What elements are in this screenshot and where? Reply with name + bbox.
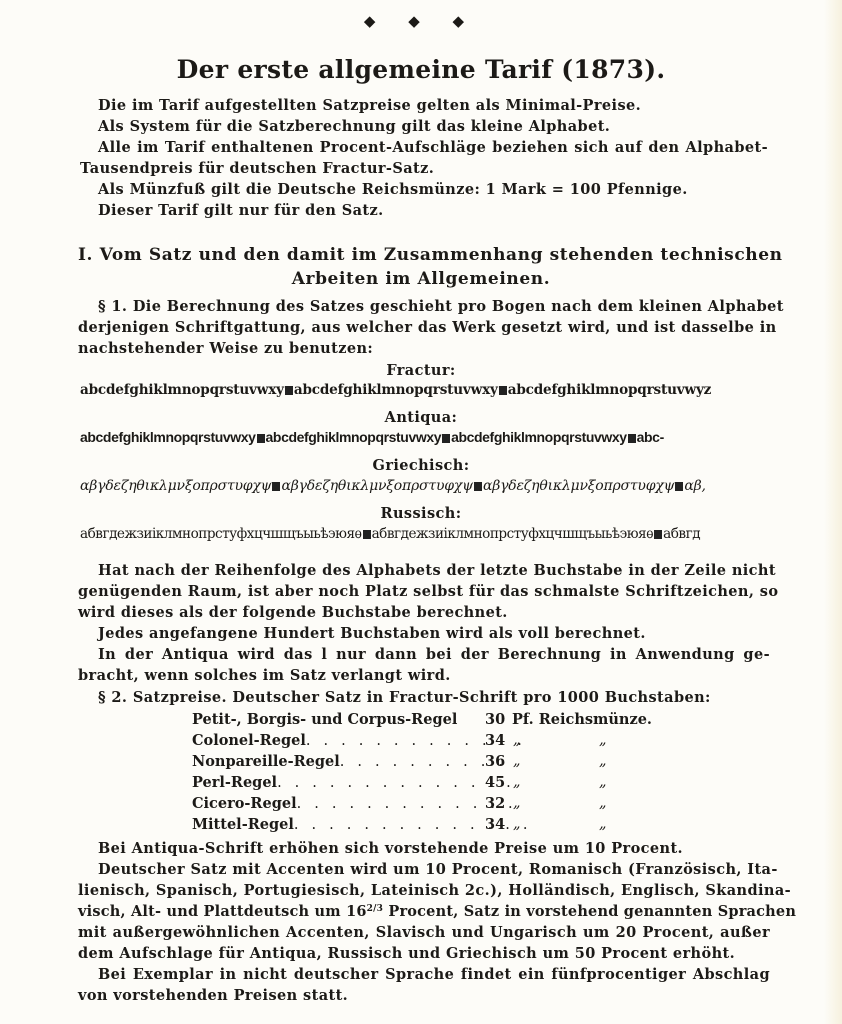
ditto-mark: „ — [599, 774, 607, 790]
alphabet-label-griechisch: Griechisch: — [0, 457, 842, 474]
block-marker — [499, 386, 507, 395]
row-label: Mittel-Regel — [192, 816, 294, 833]
alphabet-segment: abcdefghiklmnopqrstuvwxy — [266, 429, 442, 445]
intro-line: Als Münzfuß gilt die Deutsche Reichsmünz… — [98, 181, 688, 198]
row-label: Colonel-Regel — [192, 732, 306, 749]
row-price: 34 — [485, 816, 505, 833]
block-marker — [474, 482, 482, 491]
alphabet-sample-russisch: абвгдежзиiклмнопрстуфхцчшщъыьѣэюяѳабвгде… — [80, 526, 700, 542]
row-price: 32 — [485, 795, 505, 812]
ditto-mark: „ — [513, 732, 521, 748]
alphabet-segment: αβγδεζηθικλμνξοπρστυφχψ — [281, 478, 472, 494]
alphabet-segment: абвгд — [663, 526, 700, 542]
paragraph-line: mit außergewöhnlichen Accenten, Slavisch… — [78, 924, 770, 941]
table-row: Perl-Regel . . . . . . . . . . . . . . 4… — [192, 774, 515, 794]
ditto-mark: „ — [513, 774, 521, 790]
alphabet-segment: abc- — [637, 429, 664, 445]
alphabet-label-russisch: Russisch: — [0, 505, 842, 522]
ditto-mark: „ — [513, 816, 521, 832]
block-marker — [272, 482, 280, 491]
alphabet-label-antiqua: Antiqua: — [0, 409, 842, 426]
alphabet-segment: abcdefghiklmnopqrstuvwxy — [80, 382, 284, 398]
paragraph-line: Deutscher Satz mit Accenten wird um 10 P… — [98, 861, 770, 878]
table-row: Mittel-Regel. . . . . . . . . . . . . . … — [192, 816, 532, 836]
intro-line: Die im Tarif aufgestellten Satzpreise ge… — [98, 97, 641, 114]
leader-dots: . . . . . . . . . . — [340, 754, 507, 770]
paragraph-line: bracht, wenn solches im Satz verlangt wi… — [78, 667, 451, 684]
fraction: 2/3 — [367, 904, 383, 914]
paragraph-line: § 1. Die Berechnung des Satzes geschieht… — [98, 298, 770, 315]
paragraph-line: nachstehender Weise zu benutzen: — [78, 340, 373, 357]
table-row: Colonel-Regel . . . . . . . . . . . . . … — [192, 732, 526, 752]
paragraph-line: Jedes angefangene Hundert Buchstaben wir… — [98, 625, 646, 642]
paragraph-line: von vorstehenden Preisen statt. — [78, 987, 348, 1004]
block-marker — [654, 530, 662, 539]
page-title: Der erste allgemeine Tarif (1873). — [0, 55, 842, 84]
section-heading: Arbeiten im Allgemeinen. — [0, 269, 842, 289]
alphabet-segment: abcdefghiklmnopqrstuvwxy — [80, 429, 256, 445]
table-row: Nonpareille-Regel. . . . . . . . . . 36 … — [192, 753, 507, 773]
section-2-heading: § 2. Satzpreise. Deutscher Satz in Fract… — [98, 689, 711, 706]
alphabet-segment: абвгдежзиiклмнопрстуфхцчшщъыьѣэюяѳ — [372, 526, 654, 542]
alphabet-sample-fractur: abcdefghiklmnopqrstuvwxyabcdefghiklmnopq… — [80, 382, 770, 398]
row-label: Perl-Regel — [192, 774, 277, 791]
paragraph-line: Bei Antiqua-Schrift erhöhen sich vorsteh… — [98, 840, 683, 857]
block-marker — [628, 434, 636, 443]
intro-line: Als System für die Satzberechnung gilt d… — [98, 118, 610, 135]
paragraph-line: Bei Exemplar in nicht deutscher Sprache … — [98, 966, 770, 983]
row-price: 30 — [485, 711, 505, 728]
paragraph-line: dem Aufschlage für Antiqua, Russisch und… — [78, 945, 735, 962]
alphabet-segment: αβγδεζηθικλμνξοπρστυφχψ — [80, 478, 271, 494]
alphabet-label-fractur: Fractur: — [0, 362, 842, 379]
row-label: Nonpareille-Regel — [192, 753, 340, 770]
alphabet-segment: абвгдежзиiклмнопрстуфхцчшщъыьѣэюяѳ — [80, 526, 362, 542]
alphabet-sample-griechisch: αβγδεζηθικλμνξοπρστυφχψαβγδεζηθικλμνξοπρ… — [80, 478, 706, 494]
paragraph-line: Hat nach der Reihenfolge des Alphabets d… — [98, 562, 770, 579]
ditto-mark: „ — [599, 732, 607, 748]
row-price: 45 — [485, 774, 505, 791]
row-label: Cicero-Regel — [192, 795, 297, 812]
ornament-diamonds: ◆ ◆ ◆ — [0, 12, 842, 30]
leader-dots: . . . . . . . . . . . . . — [297, 796, 517, 812]
row-unit: Pf. Reichsmünze. — [512, 711, 652, 728]
block-marker — [675, 482, 683, 491]
paragraph-line: genügenden Raum, ist aber noch Platz sel… — [78, 583, 770, 600]
ditto-mark: „ — [599, 795, 607, 811]
alphabet-segment: abcdefghiklmnopqrstuvwxy — [451, 429, 627, 445]
alphabet-segment: abcdefghiklmnopqrstuvwxy — [294, 382, 498, 398]
table-row: Cicero-Regel . . . . . . . . . . . . . 3… — [192, 795, 517, 815]
ditto-mark: „ — [513, 795, 521, 811]
ditto-mark: „ — [599, 816, 607, 832]
text-segment: Procent, Satz in vorstehend genannten Sp… — [383, 903, 796, 920]
block-marker — [363, 530, 371, 539]
alphabet-sample-antiqua: abcdefghiklmnopqrstuvwxyabcdefghiklmnopq… — [80, 429, 664, 445]
alphabet-segment: αβ, — [684, 478, 705, 494]
text-segment: visch, Alt- und Plattdeutsch um 16 — [78, 903, 367, 920]
leader-dots: . . . . . . . . . . . . . . — [277, 775, 515, 791]
alphabet-segment: abcdefghiklmnopqrstuvwyz — [508, 382, 711, 398]
block-marker — [257, 434, 265, 443]
row-price: 34 — [485, 732, 505, 749]
row-label: Petit-, Borgis- und Corpus-Regel — [192, 711, 457, 728]
paragraph-line: derjenigen Schriftgattung, aus welcher d… — [78, 319, 770, 336]
row-price: 36 — [485, 753, 505, 770]
paragraph-line: In der Antiqua wird das l nur dann bei d… — [98, 646, 770, 663]
table-row: Petit-, Borgis- und Corpus-Regel 30 Pf. … — [192, 711, 457, 731]
intro-line: Dieser Tarif gilt nur für den Satz. — [98, 202, 384, 219]
section-heading: I. Vom Satz und den damit im Zusammenhan… — [78, 245, 770, 265]
alphabet-segment: αβγδεζηθικλμνξοπρστυφχψ — [483, 478, 674, 494]
paragraph-line: wird dieses als der folgende Buchstabe b… — [78, 604, 508, 621]
intro-line: Alle im Tarif enthaltenen Procent-Aufsch… — [98, 139, 768, 156]
ditto-mark: „ — [513, 753, 521, 769]
paragraph-line: visch, Alt- und Plattdeutsch um 162/3 Pr… — [78, 903, 770, 920]
ditto-mark: „ — [599, 753, 607, 769]
intro-line: Tausendpreis für deutschen Fractur-Satz. — [80, 160, 434, 177]
block-marker — [442, 434, 450, 443]
paragraph-line: lienisch, Spanisch, Portugiesisch, Latei… — [78, 882, 770, 899]
block-marker — [285, 386, 293, 395]
